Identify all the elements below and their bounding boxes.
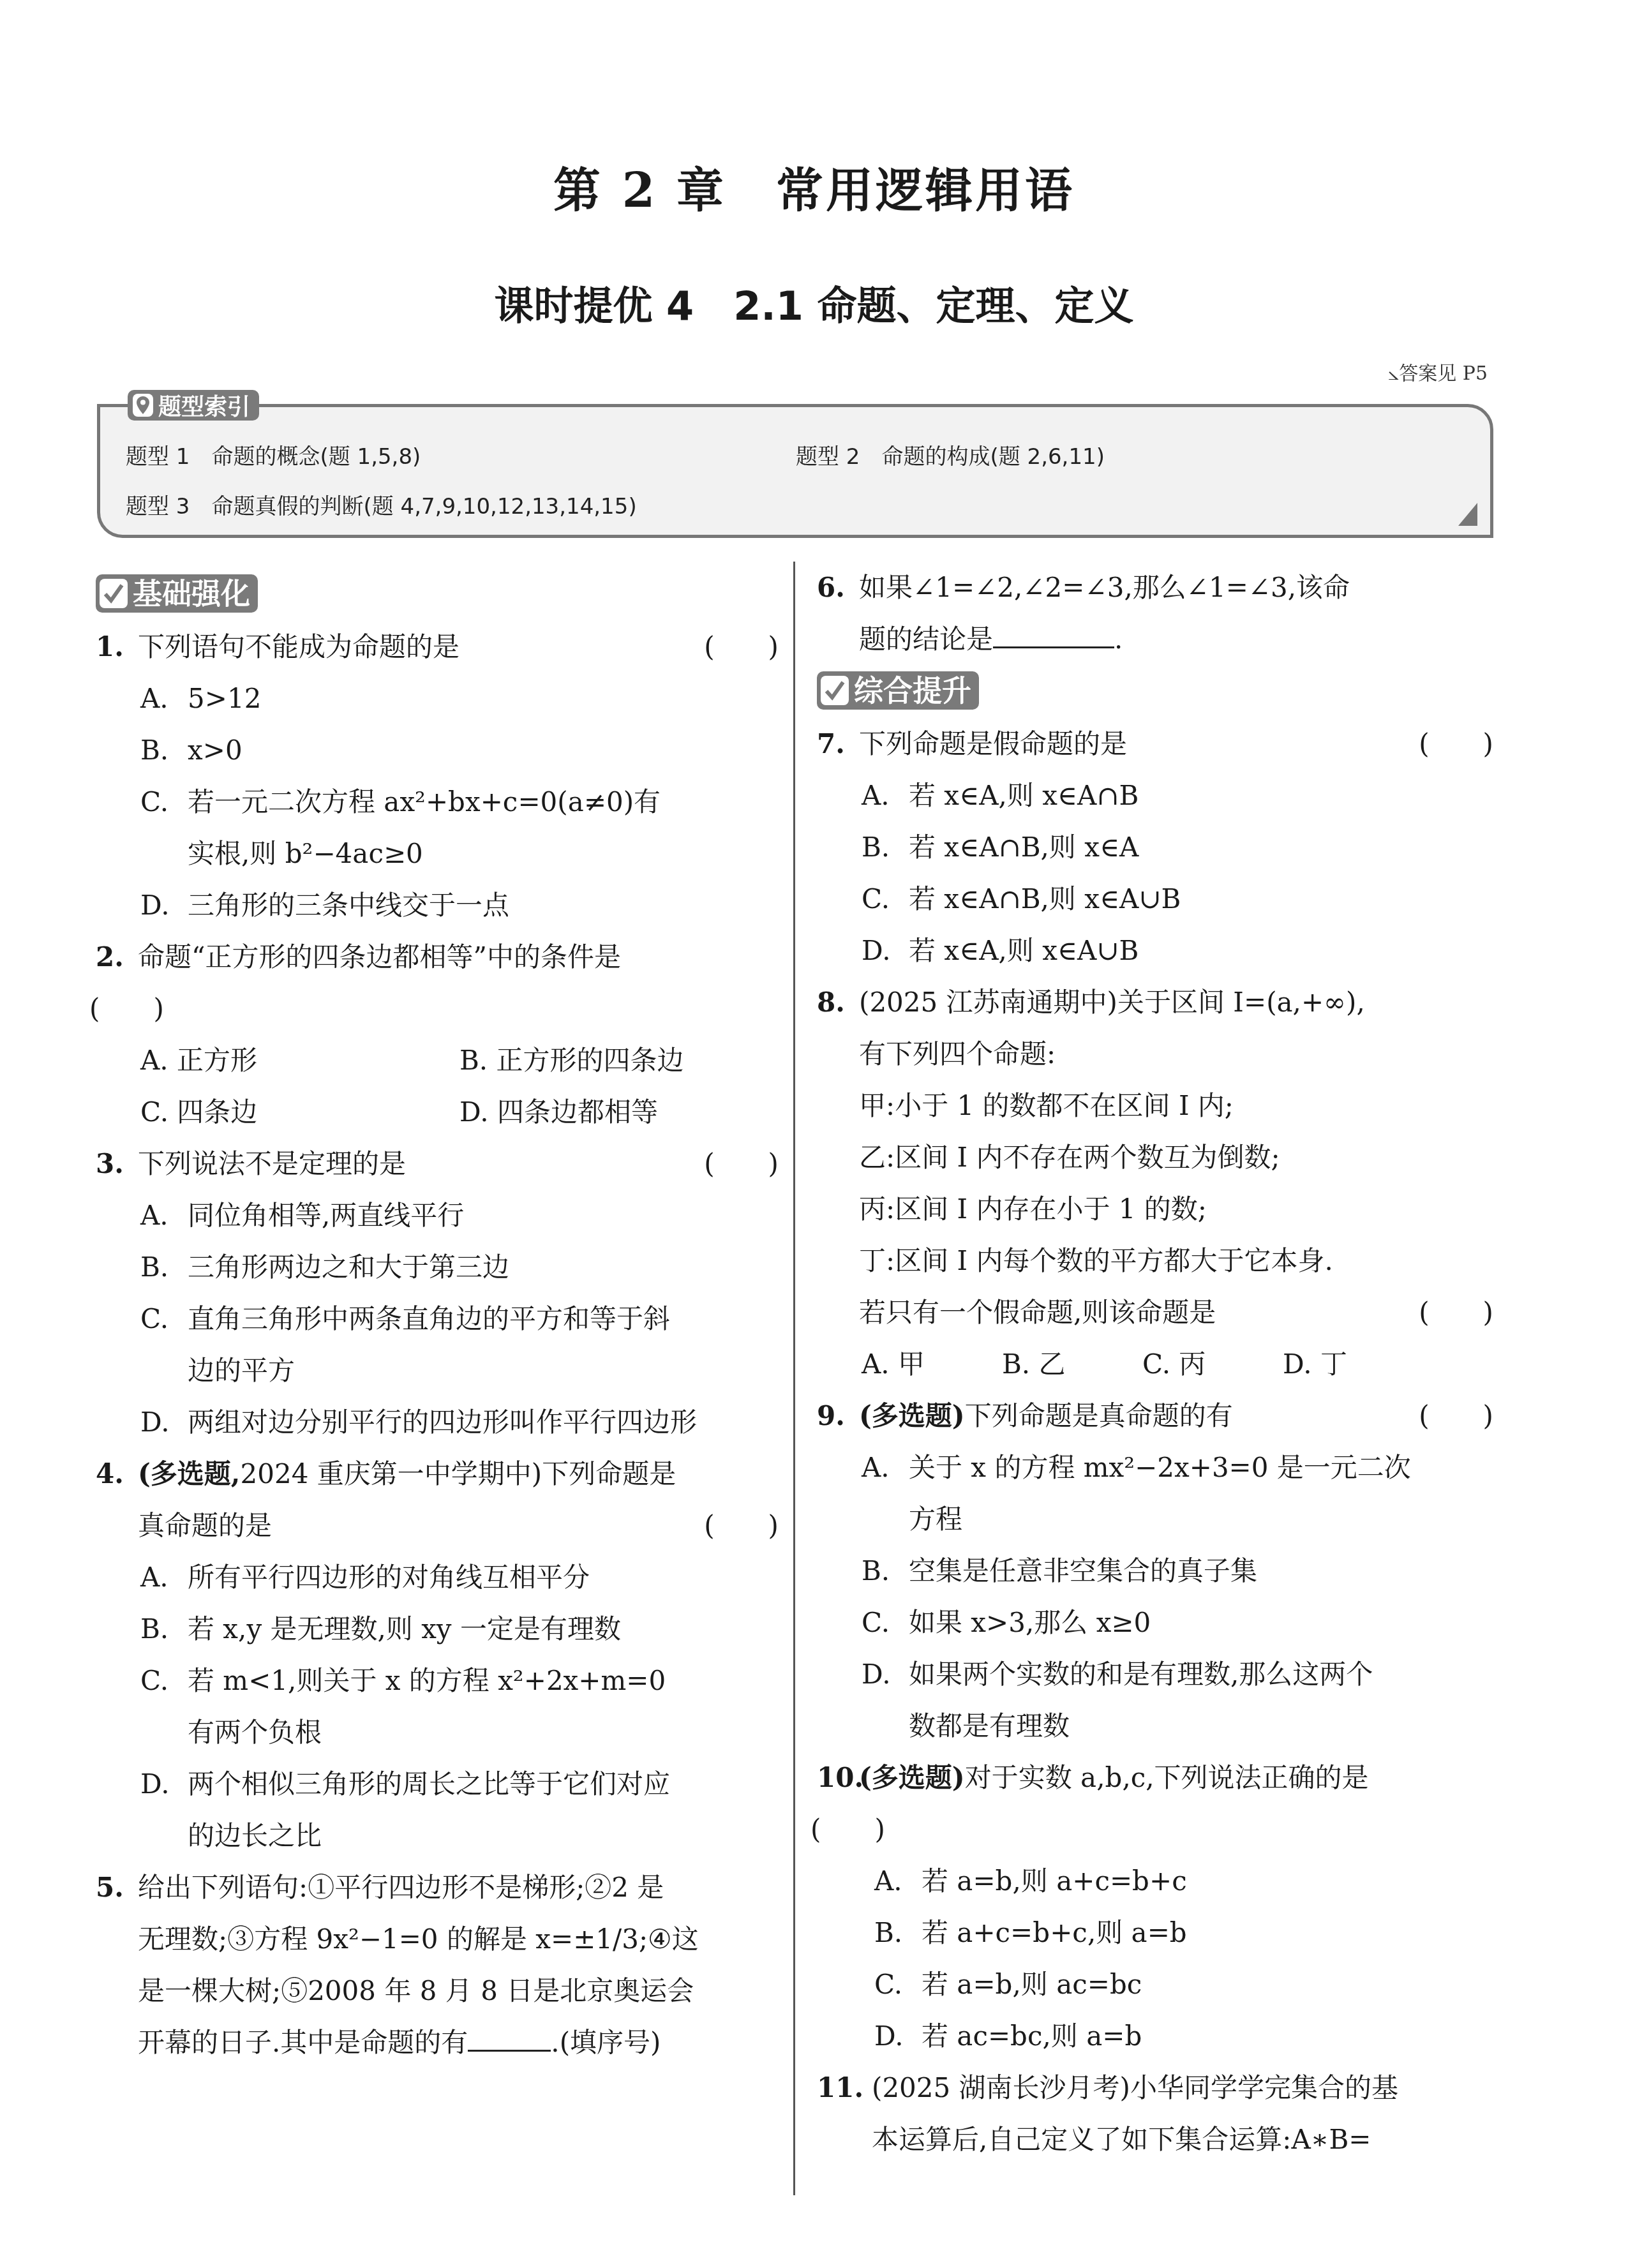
answer-bracket[interactable]: ( ) [704, 1500, 779, 1551]
option: C.若 a=b,则 ac=bc [810, 1958, 1493, 2010]
question-10: 10. (多选题)对于实数 a,b,c,下列说法正确的是 [810, 1752, 1493, 1803]
question-1: 1. 下列语句不能成为命题的是 ( ) [89, 621, 779, 673]
option: A.若 x∈A,则 x∈A∩B [810, 770, 1493, 821]
question-8-line: 有下列四个命题: [810, 1028, 1493, 1080]
option: B.三角形两边之和大于第三边 [89, 1241, 779, 1293]
answer-bracket[interactable]: ( ) [89, 983, 779, 1034]
option: B.若 a+c=b+c,则 a=b [810, 1907, 1493, 1958]
option: C.如果 x>3,那么 x≥0 [810, 1597, 1493, 1648]
proposition-jia: 甲:小于 1 的数都不在区间 I 内; [810, 1080, 1493, 1131]
index-tab-label: 题型索引 [158, 389, 250, 422]
option: A.关于 x 的方程 mx²−2x+3=0 是一元二次 [810, 1442, 1493, 1493]
index-tab: 题型索引 [128, 390, 259, 421]
answer-bracket[interactable]: ( ) [1419, 1390, 1493, 1442]
question-5-line: 开幕的日子.其中是命题的有.(填序号) [89, 2017, 779, 2068]
question-6-line: 题的结论是. [810, 613, 1493, 665]
question-8: 8. (2025 江苏南通期中)关于区间 I=(a,+∞), [810, 976, 1493, 1028]
question-7: 7. 下列命题是假命题的是 ( ) [810, 718, 1493, 770]
answer-bracket[interactable]: ( ) [1419, 1287, 1493, 1338]
proposition-ding: 丁:区间 I 内每个数的平方都大于它本身. [810, 1235, 1493, 1287]
checkmark-icon [821, 676, 849, 705]
option: D.若 x∈A,则 x∈A∪B [810, 925, 1493, 976]
question-11: 11. (2025 湖南长沙月考)小华同学学完集合的基 [810, 2062, 1493, 2114]
fill-blank[interactable] [468, 2024, 551, 2052]
question-11-line: 本运算后,自己定义了如下集合运算:A∗B= [810, 2114, 1493, 2165]
question-5: 5. 给出下列语句:①平行四边形不是梯形;②2 是 [89, 1861, 779, 1913]
column-divider [793, 562, 795, 2195]
option: C.若 m<1,则关于 x 的方程 x²+2x+m=0 [89, 1655, 779, 1706]
option: A.所有平行四边形的对角线互相平分 [89, 1551, 779, 1603]
option: D.两个相似三角形的周长之比等于它们对应 [89, 1758, 779, 1810]
option-grid: A. 正方形 B. 正方形的四条边 C. 四条边 D. 四条边都相等 [89, 1034, 779, 1138]
option-continued: 实根,则 b²−4ac≥0 [89, 828, 779, 879]
option: A.若 a=b,则 a+c=b+c [810, 1855, 1493, 1907]
option: D.两组对边分别平行的四边形叫作平行四边形 [89, 1396, 779, 1448]
option: D.若 ac=bc,则 a=b [810, 2010, 1493, 2062]
option: B.空集是任意非空集合的真子集 [810, 1545, 1493, 1597]
question-4-continued: 真命题的是 ( ) [89, 1500, 779, 1551]
section-badge-basic: 基础强化 [96, 574, 258, 613]
section-badge-advanced: 综合提升 [817, 671, 979, 710]
option: D.如果两个实数的和是有理数,那么这两个 [810, 1648, 1493, 1700]
question-5-line: 是一棵大树;⑤2008 年 8 月 8 日是北京奥运会 [89, 1965, 779, 2017]
question-6: 6. 如果∠1=∠2,∠2=∠3,那么∠1=∠3,该命 [810, 562, 1493, 613]
option: A.5>12 [89, 673, 779, 724]
answer-bracket[interactable]: ( ) [810, 1803, 1493, 1855]
chapter-title: 第 2 章 常用逻辑用语 [0, 153, 1628, 221]
proposition-bing: 丙:区间 I 内存在小于 1 的数; [810, 1183, 1493, 1235]
option: B.若 x∈A∩B,则 x∈A [810, 821, 1493, 873]
index-item-1: 题型 1 命题的概念(题 1,5,8) [126, 439, 421, 470]
option-continued: 边的平方 [89, 1345, 779, 1396]
answer-bracket[interactable]: ( ) [704, 1138, 779, 1190]
option-continued: 方程 [810, 1493, 1493, 1545]
question-2: 2. 命题“正方形的四条边都相等”中的条件是 [89, 931, 779, 983]
option-continued: 有两个负根 [89, 1706, 779, 1758]
proposition-yi: 乙:区间 I 内不存在两个数互为倒数; [810, 1131, 1493, 1183]
question-8-stem: 若只有一个假命题,则该命题是 ( ) [810, 1287, 1493, 1338]
answer-reference: ⦣答案见 P5 [1388, 357, 1488, 385]
option: C.直角三角形中两条直角边的平方和等于斜 [89, 1293, 779, 1345]
fill-blank[interactable] [993, 621, 1114, 648]
question-5-line: 无理数;③方程 9x²−1=0 的解是 x=±1/3;④这 [89, 1913, 779, 1965]
option-continued: 数都是有理数 [810, 1700, 1493, 1752]
corner-triangle-icon [1458, 503, 1477, 526]
answer-bracket[interactable]: ( ) [1419, 718, 1493, 770]
option: B.若 x,y 是无理数,则 xy 一定是有理数 [89, 1603, 779, 1655]
checkmark-icon [100, 579, 128, 608]
answer-bracket[interactable]: ( ) [704, 621, 779, 673]
option: C.若 x∈A∩B,则 x∈A∪B [810, 873, 1493, 925]
index-item-3: 题型 3 命题真假的判断(题 4,7,9,10,12,13,14,15) [126, 489, 637, 520]
option-grid: A. 甲 B. 乙 C. 丙 D. 丁 [810, 1338, 1423, 1390]
question-3: 3. 下列说法不是定理的是 ( ) [89, 1138, 779, 1190]
option-continued: 的边长之比 [89, 1810, 779, 1861]
right-column: 6. 如果∠1=∠2,∠2=∠3,那么∠1=∠3,该命 题的结论是. 综合提升 … [810, 562, 1493, 2165]
option: A.同位角相等,两直线平行 [89, 1190, 779, 1241]
option: C.若一元二次方程 ax²+bx+c=0(a≠0)有 [89, 776, 779, 828]
option: B.x>0 [89, 724, 779, 776]
question-4: 4. (多选题,2024 重庆第一中学期中)下列命题是 [89, 1448, 779, 1500]
question-type-index-box: 题型 1 命题的概念(题 1,5,8) 题型 2 命题的构成(题 2,6,11)… [97, 404, 1493, 538]
question-9: 9. (多选题)下列命题是真命题的有 ( ) [810, 1390, 1493, 1442]
index-item-2: 题型 2 命题的构成(题 2,6,11) [796, 439, 1105, 470]
left-column: 基础强化 1. 下列语句不能成为命题的是 ( ) A.5>12 B.x>0 C.… [89, 568, 779, 2068]
option: D.三角形的三条中线交于一点 [89, 879, 779, 931]
lesson-title: 课时提优 4 2.1 命题、定理、定义 [0, 274, 1628, 331]
location-pin-icon [133, 394, 153, 417]
